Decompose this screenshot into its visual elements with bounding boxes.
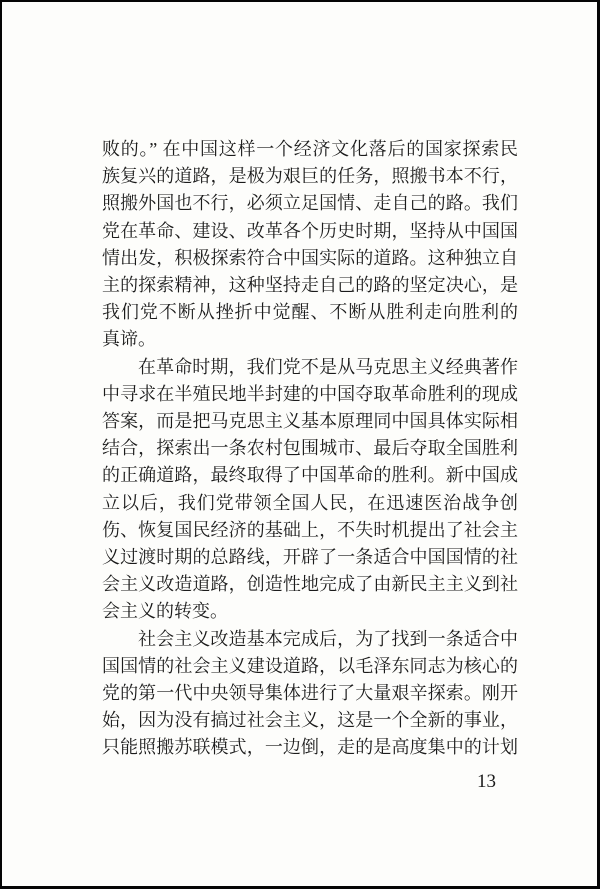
page-number: 13 — [2, 768, 496, 795]
text-line: 在革命时期，我们党不是从马克思主义经典著作 — [102, 354, 518, 381]
text-line: 国国情的社会主义建设道路，以毛泽东同志为核心的 — [102, 653, 518, 680]
text-line: 主的探索精神，这种坚持走自己的路的坚定决心，是 — [102, 272, 518, 299]
text-line: 党的第一代中央领导集体进行了大量艰辛探索。刚开 — [102, 680, 518, 707]
text-line: 真谛。 — [102, 326, 518, 353]
text-line: 族复兴的道路，是极为艰巨的任务，照搬书本不行， — [102, 163, 518, 190]
text-line: 我们党不断从挫折中觉醒、不断从胜利走向胜利的 — [102, 299, 518, 326]
text-line: 党在革命、建设、改革各个历史时期，坚持从中国国 — [102, 218, 518, 245]
text-line: 社会主义改造基本完成后，为了找到一条适合中 — [102, 626, 518, 653]
text-line: 会主义的转变。 — [102, 598, 518, 625]
book-page: 败的。” 在中国这样一个经济文化落后的国家探索民族复兴的道路，是极为艰巨的任务，… — [0, 0, 600, 889]
text-line: 答案，而是把马克思主义基本原理同中国具体实际相 — [102, 408, 518, 435]
text-line: 中寻求在半殖民地半封建的中国夺取革命胜利的现成 — [102, 381, 518, 408]
text-line: 结合，探索出一条农村包围城市、最后夺取全国胜利 — [102, 435, 518, 462]
paragraph: 败的。” 在中国这样一个经济文化落后的国家探索民族复兴的道路，是极为艰巨的任务，… — [102, 136, 518, 354]
paragraph: 在革命时期，我们党不是从马克思主义经典著作中寻求在半殖民地半封建的中国夺取革命胜… — [102, 354, 518, 626]
text-line: 立以后，我们党带领全国人民，在迅速医治战争创 — [102, 490, 518, 517]
text-line: 会主义改造道路，创造性地完成了由新民主主义到社 — [102, 571, 518, 598]
text-line: 败的。” 在中国这样一个经济文化落后的国家探索民 — [102, 136, 518, 163]
page-text: 败的。” 在中国这样一个经济文化落后的国家探索民族复兴的道路，是极为艰巨的任务，… — [102, 136, 518, 762]
paragraph: 社会主义改造基本完成后，为了找到一条适合中国国情的社会主义建设道路，以毛泽东同志… — [102, 626, 518, 762]
text-line: 义过渡时期的总路线，开辟了一条适合中国国情的社 — [102, 544, 518, 571]
text-line: 始，因为没有搞过社会主义，这是一个全新的事业， — [102, 707, 518, 734]
text-line: 照搬外国也不行，必须立足国情、走自己的路。我们 — [102, 190, 518, 217]
text-line: 的正确道路，最终取得了中国革命的胜利。新中国成 — [102, 462, 518, 489]
text-line: 伤、恢复国民经济的基础上，不失时机提出了社会主 — [102, 517, 518, 544]
text-line: 情出发，积极探索符合中国实际的道路。这种独立自 — [102, 245, 518, 272]
text-line: 只能照搬苏联模式，一边倒，走的是高度集中的计划 — [102, 734, 518, 761]
